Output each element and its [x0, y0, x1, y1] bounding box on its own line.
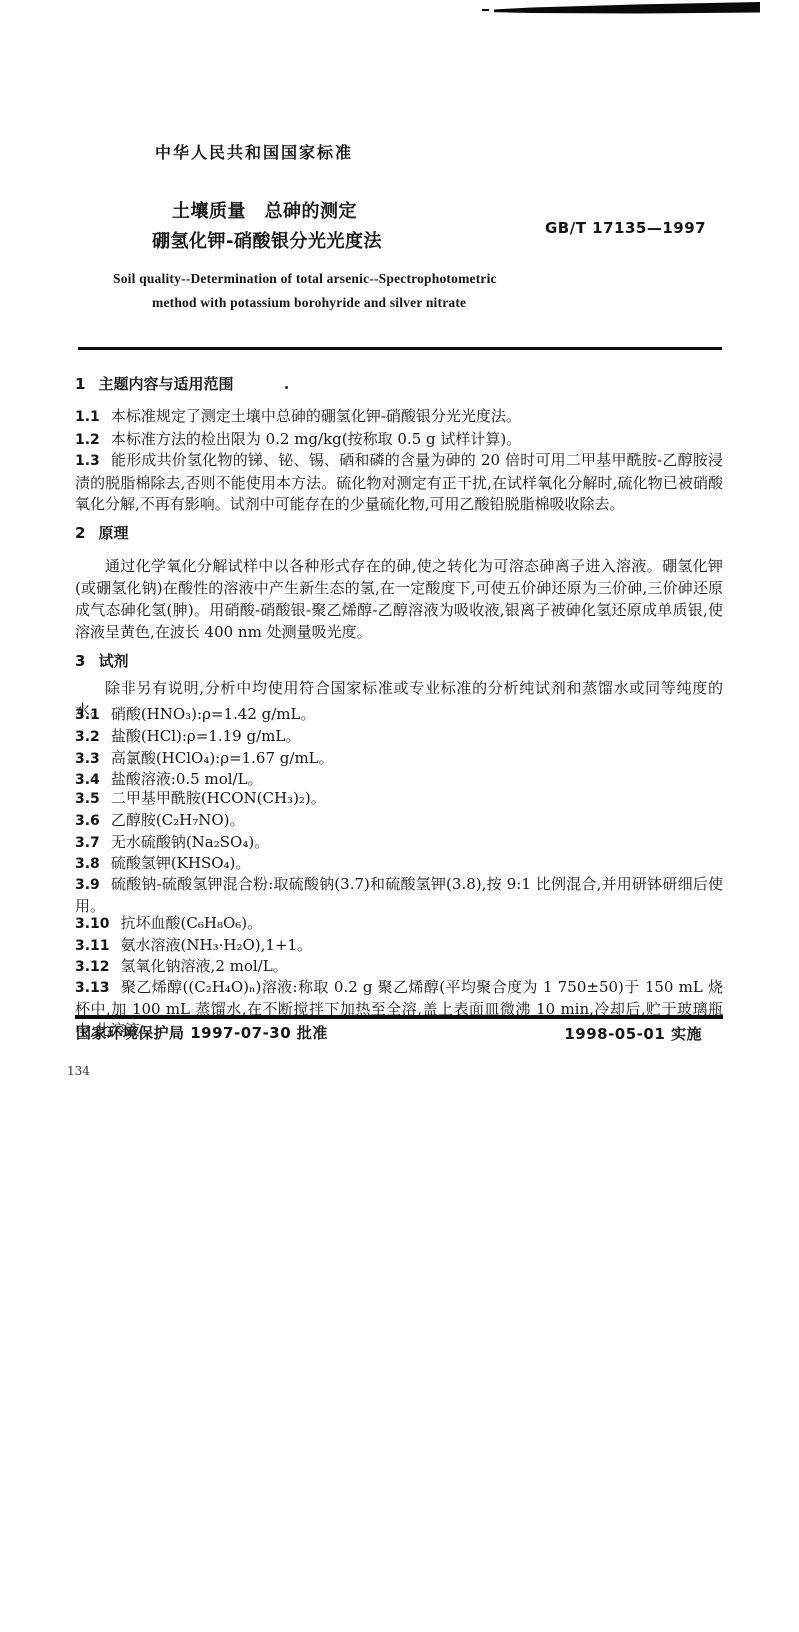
scan-artifact-bar	[494, 2, 760, 14]
reagent-item-3-11: 3.11氨水溶液(NH₃·H₂O),1+1。	[75, 935, 723, 957]
reagent-3-6-number: 3.6	[75, 813, 100, 829]
doc-title-en-line1: Soil quality--Determination of total ars…	[113, 271, 497, 287]
reagent-3-8-text: 硫酸氢钾(KHSO₄)。	[111, 854, 251, 872]
section-2-title: 原理	[98, 524, 128, 542]
section-1-heading: 1主题内容与适用范围	[75, 373, 723, 394]
reagent-3-10-text: 抗坏血酸(C₆H₈O₆)。	[121, 914, 263, 932]
clause-1-1-number: 1.1	[75, 409, 100, 425]
doc-title-zh-line1: 土壤质量 总砷的测定	[172, 197, 357, 223]
section-2-number: 2	[75, 524, 85, 542]
reagent-3-12-number: 3.12	[75, 959, 110, 975]
section-1-title: 主题内容与适用范围	[98, 375, 233, 393]
reagent-3-6-text: 乙醇胺(C₂H₇NO)。	[111, 811, 245, 829]
reagent-3-5-text: 二甲基甲酰胺(HCON(CH₃)₂)。	[111, 789, 326, 807]
scan-artifact-dash	[482, 9, 489, 11]
reagent-3-2-text: 盐酸(HCl):ρ=1.19 g/mL。	[111, 727, 301, 745]
clause-1-1-text: 本标准规定了测定土壤中总砷的硼氢化钾-硝酸银分光光度法。	[111, 407, 521, 425]
reagent-item-3-5: 3.5二甲基甲酰胺(HCON(CH₃)₂)。	[75, 788, 723, 810]
page-number: 134	[67, 1064, 90, 1078]
clause-1-1: 1.1本标准规定了测定土壤中总砷的硼氢化钾-硝酸银分光光度法。	[75, 406, 723, 429]
reagent-3-10-number: 3.10	[75, 916, 110, 932]
reagent-item-3-1: 3.1硝酸(HNO₃):ρ=1.42 g/mL。	[75, 704, 723, 726]
reagent-3-4-number: 3.4	[75, 772, 100, 788]
document-page: 中华人民共和国国家标准 土壤质量 总砷的测定 硼氢化钾-硝酸银分光光度法 GB/…	[0, 0, 799, 1632]
clause-1-3-text: 能形成共价氢化物的锑、铋、锡、硒和磷的含量为砷的 20 倍时可用二甲基甲酰胺-乙…	[75, 451, 723, 513]
footer-rule	[75, 1015, 723, 1019]
section-2-paragraph: 通过化学氧化分解试样中以各种形式存在的砷,使之转化为可溶态砷离子进入溶液。硼氢化…	[75, 555, 723, 643]
standard-code: GB/T 17135—1997	[545, 219, 706, 237]
reagent-item-3-3: 3.3高氯酸(HClO₄):ρ=1.67 g/mL。	[75, 748, 723, 770]
reagent-3-8-number: 3.8	[75, 856, 100, 872]
reagent-3-11-number: 3.11	[75, 938, 110, 954]
clause-1-3-number: 1.3	[75, 453, 100, 469]
reagent-3-1-text: 硝酸(HNO₃):ρ=1.42 g/mL。	[111, 705, 316, 723]
reagent-3-5-number: 3.5	[75, 791, 100, 807]
approval-note: 国家环境保护局 1997-07-30 批准	[76, 1022, 328, 1043]
reagent-item-3-9: 3.9硫酸钠-硫酸氢钾混合粉:取硫酸钠(3.7)和硫酸氢钾(3.8),按 9:1…	[75, 874, 723, 917]
reagent-3-11-text: 氨水溶液(NH₃·H₂O),1+1。	[121, 936, 313, 954]
clause-1-2-number: 1.2	[75, 432, 100, 448]
section-3-heading: 3试剂	[75, 650, 723, 671]
reagent-3-3-text: 高氯酸(HClO₄):ρ=1.67 g/mL。	[111, 749, 334, 767]
section-3-number: 3	[75, 652, 85, 670]
reagent-item-3-10: 3.10抗坏血酸(C₆H₈O₆)。	[75, 913, 723, 935]
reagent-3-12-text: 氢氧化钠溶液,2 mol/L。	[121, 957, 288, 975]
reagent-3-7-number: 3.7	[75, 835, 100, 851]
national-standard-label: 中华人民共和国国家标准	[155, 140, 353, 163]
reagent-3-7-text: 无水硫酸钠(Na₂SO₄)。	[111, 833, 269, 851]
reagent-3-9-number: 3.9	[75, 877, 100, 893]
reagent-item-3-8: 3.8硫酸氢钾(KHSO₄)。	[75, 853, 723, 875]
doc-title-en-line2: method with potassium borohyride and sil…	[152, 295, 466, 311]
section-1-number: 1	[75, 375, 85, 393]
reagent-3-4-text: 盐酸溶液:0.5 mol/L。	[111, 770, 263, 788]
clause-1-2-text: 本标准方法的检出限为 0.2 mg/kg(按称取 0.5 g 试样计算)。	[111, 430, 521, 448]
doc-title-zh-line2: 硼氢化钾-硝酸银分光光度法	[152, 227, 382, 253]
implementation-note: 1998-05-01 实施	[564, 1023, 702, 1044]
reagent-3-3-number: 3.3	[75, 751, 100, 767]
reagent-3-9-text: 硫酸钠-硫酸氢钾混合粉:取硫酸钠(3.7)和硫酸氢钾(3.8),按 9:1 比例…	[75, 875, 723, 915]
reagent-3-13-number: 3.13	[75, 980, 110, 996]
clause-1-3: 1.3能形成共价氢化物的锑、铋、锡、硒和磷的含量为砷的 20 倍时可用二甲基甲酰…	[75, 450, 723, 516]
header-rule	[78, 347, 722, 350]
section-2-heading: 2原理	[75, 522, 723, 543]
reagent-3-2-number: 3.2	[75, 729, 100, 745]
section-3-title: 试剂	[98, 652, 128, 670]
reagent-item-3-7: 3.7无水硫酸钠(Na₂SO₄)。	[75, 832, 723, 854]
reagent-item-3-2: 3.2盐酸(HCl):ρ=1.19 g/mL。	[75, 726, 723, 748]
reagent-item-3-12: 3.12氢氧化钠溶液,2 mol/L。	[75, 956, 723, 978]
reagent-3-1-number: 3.1	[75, 707, 100, 723]
reagent-item-3-6: 3.6乙醇胺(C₂H₇NO)。	[75, 810, 723, 832]
clause-1-2: 1.2本标准方法的检出限为 0.2 mg/kg(按称取 0.5 g 试样计算)。	[75, 429, 723, 452]
